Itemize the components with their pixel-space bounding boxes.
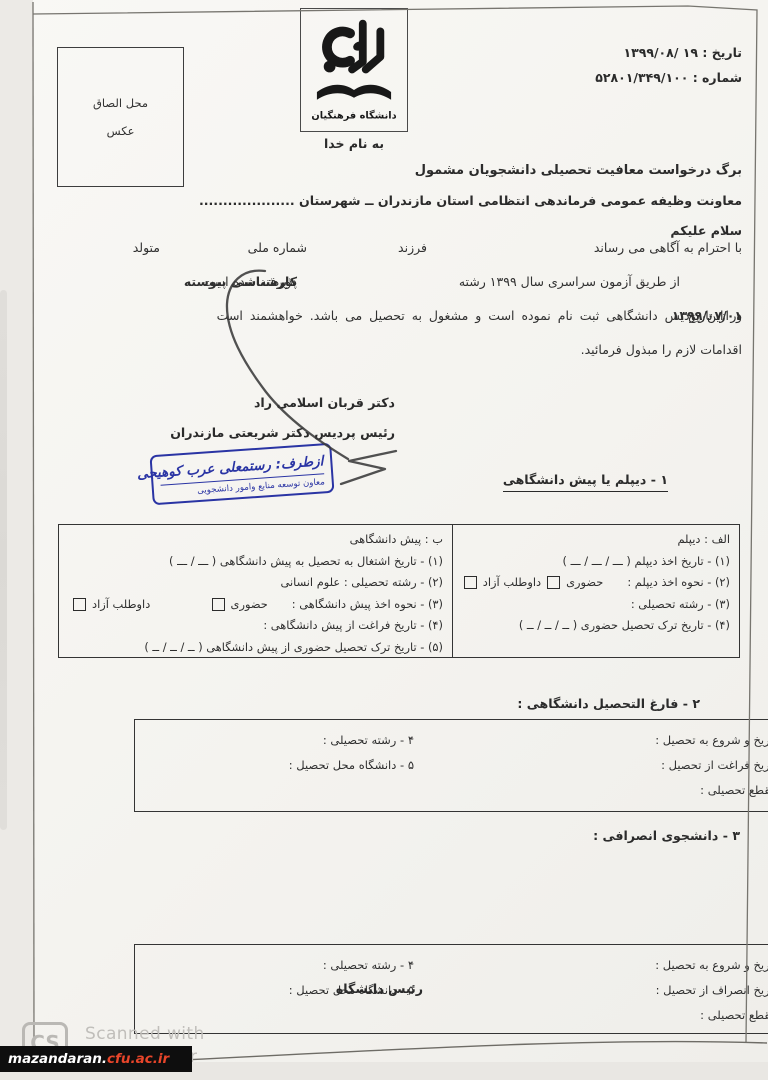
diploma-inperson-label: حضوری: [566, 572, 603, 594]
letter-date-row: تاریخ : ۱۹ /۱۳۹۹/۰۸: [595, 40, 742, 65]
letter-body: با احترام به آگاهی می رساند فرزند شماره …: [24, 240, 742, 376]
diploma-freevolunteer-option: داوطلب آزاد: [458, 572, 541, 594]
letter-header: برگ درخواست معافیت تحصیلی دانشجویان مشمو…: [199, 156, 742, 246]
section2-heading: ۲ - فارغ التحصیل دانشگاهی :: [517, 696, 700, 711]
body-line-1: با احترام به آگاهی می رساند فرزند شماره …: [24, 240, 742, 274]
letter-number-row: شماره : ۵۲۸۰۱/۳۴۹/۱۰۰: [595, 65, 742, 90]
deputy-stamp: ازطرف: رستمعلی عرب کوهیجی معاون توسعه من…: [149, 443, 334, 506]
body-intro-text: با احترام به آگاهی می رساند: [594, 240, 742, 255]
preuni-freevolunteer-option: داوطلب آزاد: [67, 594, 150, 616]
diploma-field-item: (۳) - رشته تحصیلی :: [461, 594, 730, 616]
number-label: شماره :: [693, 70, 742, 85]
diploma-column-title: الف : دیپلم: [461, 529, 730, 551]
bismillah-text: به نام خدا: [292, 136, 416, 151]
photo-box-label-line2: عکس: [107, 124, 135, 138]
date-label: تاریخ :: [702, 45, 742, 60]
section3-box: ۱ - تاریخ و شروع به تحصیل : ۲ - تاریخ ان…: [134, 944, 768, 1034]
section2-box: ۱ - تاریخ و شروع به تحصیل : ۲ - تاریخ فر…: [134, 719, 768, 812]
diploma-inperson-checkbox: [547, 576, 560, 589]
preuni-freevolunteer-label: داوطلب آزاد: [92, 594, 150, 616]
s3-field-item: ۴ - رشته تحصیلی :: [289, 953, 414, 978]
scanned-form-page: محل الصاق عکس دانشگاه فرهنگیان به نام خد…: [0, 0, 768, 1080]
reg-post: در این پردیس دانشگاهی ثبت نام نموده است …: [217, 308, 742, 323]
s2-field-item: ۴ - رشته تحصیلی :: [289, 728, 414, 753]
addressee-line: معاونت وظیفه عمومی فرماندهی انتظامی استا…: [199, 186, 742, 216]
form-title: برگ درخواست معافیت تحصیلی دانشجویان مشمو…: [199, 156, 742, 186]
child-of-label: فرزند: [398, 240, 427, 255]
national-id-label: شماره ملی: [248, 240, 307, 255]
preuni-freevolunteer-checkbox: [73, 598, 86, 611]
date-value: ۱۹ /۱۳۹۹/۰۸: [623, 45, 698, 60]
diploma-method-label: (۲) - نحوه اخذ دیپلم :: [627, 572, 730, 594]
preuni-start-item: (۱) - تاریخ اشتغال به تحصیل به پیش دانشگ…: [67, 551, 443, 573]
site-watermark-prefix: mazandaran.: [8, 1051, 107, 1067]
diploma-freevolunteer-label: داوطلب آزاد: [483, 572, 541, 594]
preuni-inperson-option: حضوری: [206, 594, 268, 616]
university-logo-box: دانشگاه فرهنگیان: [300, 8, 408, 132]
signer-name: دکتر قربان اسلامی راد: [170, 388, 395, 418]
university-president-signline: رئیس دانشگاه: [336, 981, 423, 996]
preuni-field-item: (۲) - رشته تحصیلی : علوم انسانی: [67, 572, 443, 594]
logo-calligraphy-text: دانشگاه فرهنگیان: [311, 109, 396, 121]
preuni-column-title: ب : پیش دانشگاهی: [67, 529, 443, 551]
s2-degree-level-item: ۳ - مقطع تحصیلی :: [655, 778, 768, 803]
signature-block: دکتر قربان اسلامی راد رئیس پردیس دکتر شر…: [170, 388, 395, 448]
scanned-with-text: Scanned with: [85, 1024, 205, 1044]
s3-start-date-item: ۱ - تاریخ و شروع به تحصیل :: [655, 953, 768, 978]
diploma-date-item: (۱) - تاریخ اخذ دیپلم ( ـــ / ـــ / ـــ …: [461, 551, 730, 573]
s2-university-item: ۵ - دانشگاه محل تحصیل :: [289, 753, 414, 778]
section2-left-column: ۴ - رشته تحصیلی : ۵ - دانشگاه محل تحصیل …: [289, 728, 414, 778]
number-value: ۵۲۸۰۱/۳۴۹/۱۰۰: [595, 70, 688, 85]
preuni-method-label: (۳) - نحوه اخذ پیش دانشگاهی :: [292, 594, 443, 616]
section1-heading: ۱ - دیپلم یا پیش دانشگاهی: [503, 472, 668, 492]
letter-date-number-block: تاریخ : ۱۹ /۱۳۹۹/۰۸ شماره : ۵۲۸۰۱/۳۴۹/۱۰…: [595, 40, 742, 90]
born-label: متولد: [133, 240, 160, 255]
body-line-2: از طریق آزمون سراسری سال ۱۳۹۹ رشته دوره …: [24, 274, 742, 308]
preuniversity-column: ب : پیش دانشگاهی (۱) - تاریخ اشتغال به ت…: [59, 525, 452, 657]
photo-attachment-box: محل الصاق عکس: [57, 47, 184, 187]
site-watermark-bar: mazandaran. cfu.ac.ir: [0, 1046, 192, 1072]
s3-withdrawal-date-item: ۲ - تاریخ انصراف از تحصیل :: [655, 978, 768, 1003]
photo-box-label-line1: محل الصاق: [93, 96, 148, 110]
section1-table: الف : دیپلم (۱) - تاریخ اخذ دیپلم ( ـــ …: [58, 524, 740, 658]
diploma-column: الف : دیپلم (۱) - تاریخ اخذ دیپلم ( ـــ …: [452, 525, 739, 657]
diploma-dropout-item: (۴) - تاریخ ترک تحصیل حضوری ( ــ / ــ / …: [461, 615, 730, 637]
course-post: پذیرفته شده است: [202, 274, 297, 289]
exam-text: از طریق آزمون سراسری سال ۱۳۹۹ رشته: [459, 274, 680, 289]
s2-graduation-date-item: ۲ - تاریخ فراغت از تحصیل :: [655, 753, 768, 778]
diploma-inperson-option: حضوری: [541, 572, 603, 594]
signer-role: رئیس پردیس دکتر شریعتی مازندران: [170, 418, 395, 448]
diploma-freevolunteer-checkbox: [464, 576, 477, 589]
body-line-3: و از تاریخ ۱۳۹۹/۰۷/۰۱ در این پردیس دانشگ…: [24, 308, 742, 342]
preuni-inperson-checkbox: [212, 598, 225, 611]
farhangian-university-logo-icon: دانشگاه فرهنگیان: [301, 9, 407, 130]
scan-artifact-smudge: [0, 290, 7, 830]
preuni-dropout-item: (۵) - تاریخ ترک تحصیل حضوری از پیش دانشگ…: [67, 637, 443, 659]
preuni-inperson-label: حضوری: [231, 594, 268, 616]
closing-request-text: اقدامات لازم را مبذول فرمائید.: [581, 342, 742, 357]
s2-start-date-item: ۱ - تاریخ و شروع به تحصیل :: [655, 728, 768, 753]
body-line-4: اقدامات لازم را مبذول فرمائید.: [24, 342, 742, 376]
s3-degree-level-item: ۳ - مقطع تحصیلی :: [655, 1003, 768, 1028]
section2-right-column: ۱ - تاریخ و شروع به تحصیل : ۲ - تاریخ فر…: [655, 728, 768, 803]
preuni-method-item: (۳) - نحوه اخذ پیش دانشگاهی : حضوری داوط…: [67, 594, 443, 616]
section3-heading: ۳ - دانشجوی انصرافی :: [593, 828, 740, 843]
preuni-graduation-item: (۴) - تاریخ فراغت از پیش دانشگاهی :: [67, 615, 443, 637]
diploma-method-item: (۲) - نحوه اخذ دیپلم : حضوری داوطلب آزاد: [461, 572, 730, 594]
section3-right-column: ۱ - تاریخ و شروع به تحصیل : ۲ - تاریخ ان…: [655, 953, 768, 1028]
site-watermark-domain: cfu.ac.ir: [107, 1051, 169, 1067]
